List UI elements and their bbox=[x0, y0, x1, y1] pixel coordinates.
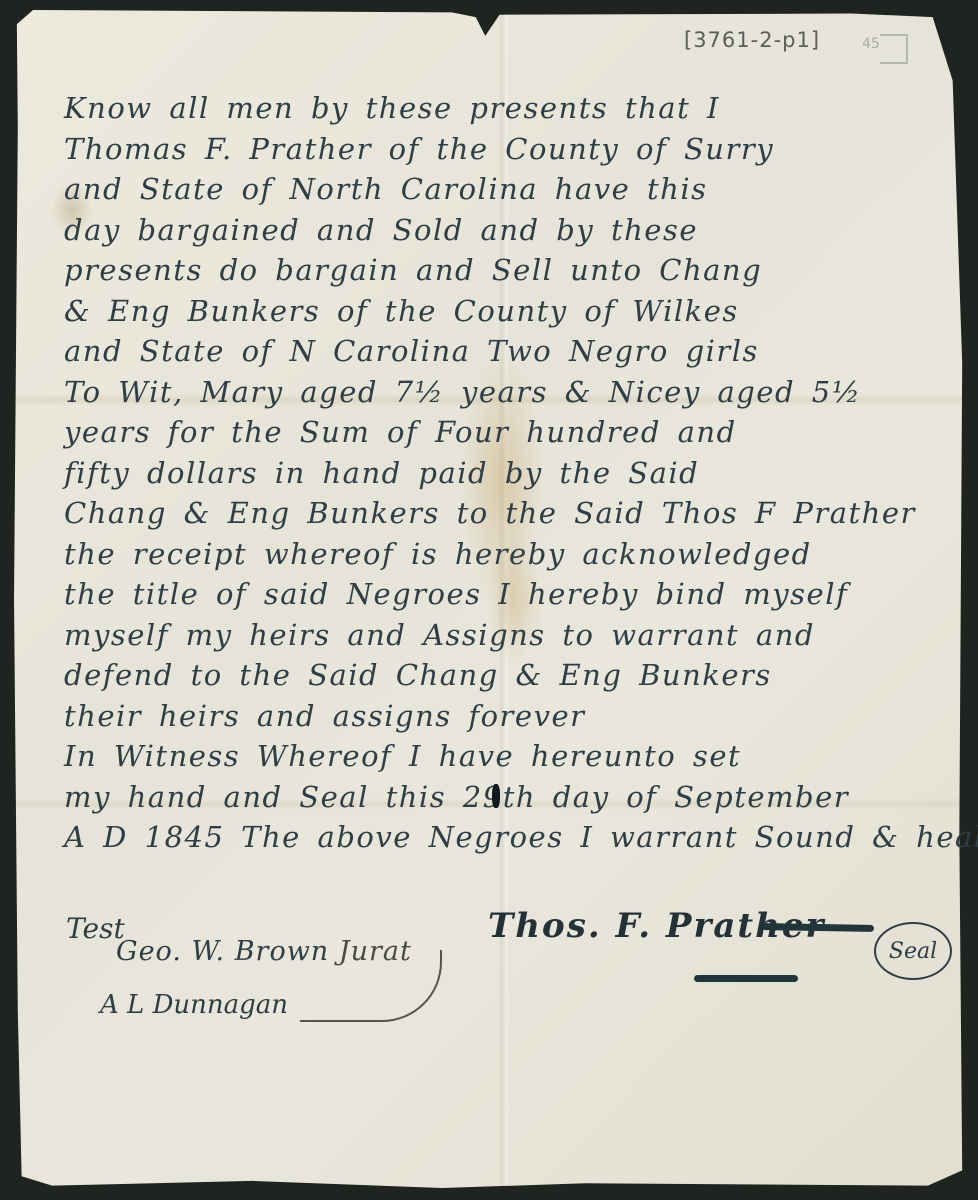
witness-signature: A L Dunnagan bbox=[100, 990, 288, 1020]
seal-mark: Seal bbox=[874, 922, 952, 980]
signature-flourish bbox=[300, 950, 442, 1022]
witness-name: Geo. W. Brown bbox=[116, 936, 329, 967]
signature-block: Test Geo. W. Brown Jurat A L Dunnagan Th… bbox=[0, 0, 978, 1200]
signature-underline-stroke bbox=[694, 975, 798, 982]
